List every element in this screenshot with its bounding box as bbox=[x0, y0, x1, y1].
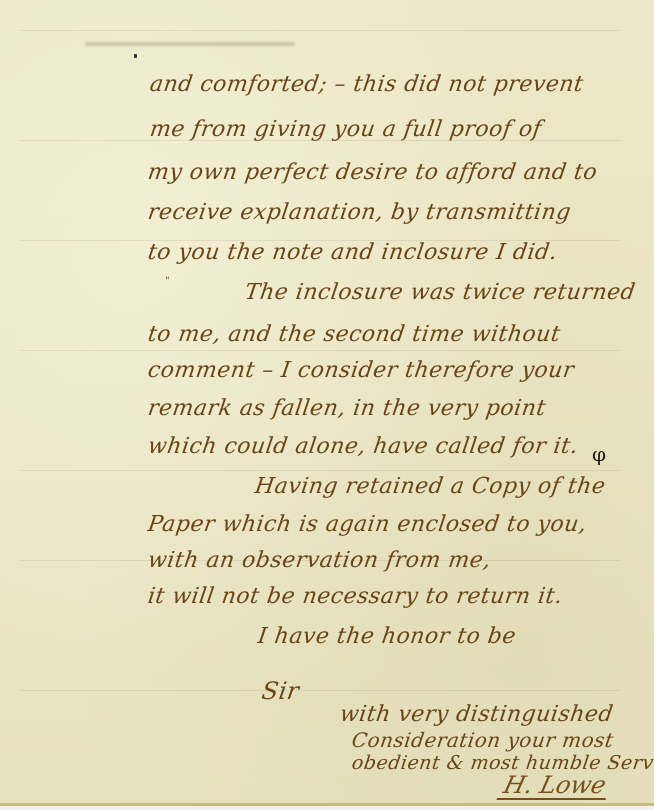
bleed-through-line bbox=[20, 690, 620, 691]
letter-line: and comforted; – this did not prevent bbox=[148, 72, 585, 97]
salutation: Sir bbox=[260, 677, 301, 705]
ink-smudge bbox=[85, 42, 295, 46]
letter-line: which could alone, have called for it. bbox=[146, 434, 580, 459]
closing-line: Consideration your most bbox=[350, 728, 615, 752]
letter-page: and comforted; – this did not prevent me… bbox=[0, 0, 654, 806]
closing-line: I have the honor to be bbox=[256, 624, 517, 649]
letter-line: The inclosure was twice returned bbox=[243, 280, 637, 305]
letter-line: Paper which is again enclosed to you, bbox=[146, 512, 588, 537]
letter-line: my own perfect desire to afford and to bbox=[146, 160, 599, 185]
letter-line: with an observation from me, bbox=[146, 548, 492, 573]
letter-line: receive explanation, by transmitting bbox=[146, 200, 572, 225]
letter-line: it will not be necessary to return it. bbox=[146, 584, 564, 609]
letter-line: comment – I consider therefore your bbox=[146, 358, 576, 383]
ink-dot bbox=[134, 54, 137, 58]
letter-line: me from giving you a full proof of bbox=[148, 117, 543, 142]
scan-border bbox=[0, 806, 654, 810]
closing-line: with very distinguished bbox=[338, 702, 615, 727]
bleed-through-line bbox=[20, 30, 620, 31]
letter-line: to me, and the second time without bbox=[146, 322, 562, 347]
bleed-through-line bbox=[20, 350, 620, 351]
marginal-mark: φ bbox=[592, 442, 606, 466]
letter-line: Having retained a Copy of the bbox=[253, 474, 607, 499]
letter-line: remark as fallen, in the very point bbox=[146, 396, 547, 421]
paragraph-mark: " bbox=[165, 276, 170, 287]
bleed-through-line bbox=[20, 470, 620, 471]
signature: H. Lowe bbox=[497, 772, 613, 800]
letter-line: to you the note and inclosure I did. bbox=[146, 240, 559, 265]
